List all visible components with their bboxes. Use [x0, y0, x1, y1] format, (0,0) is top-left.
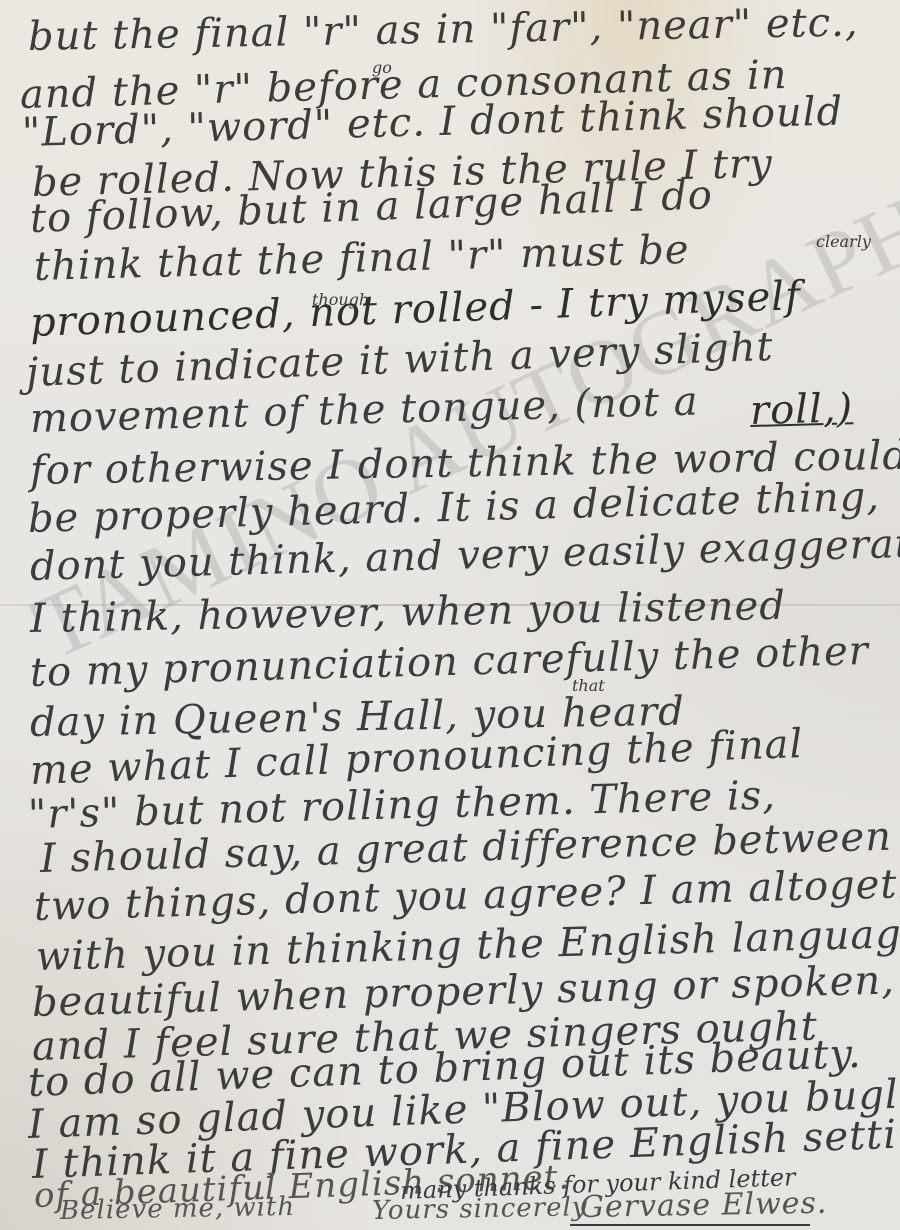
- letter-page: TAMINO AUTOGRAPHS but the final "r" as i…: [0, 0, 900, 1230]
- insertion-clearly: clearly: [816, 232, 871, 251]
- letter-line-1: but the final "r" as in "far", "near" et…: [28, 0, 859, 60]
- signature: Gervase Elwes.: [580, 1186, 828, 1225]
- signature-underline: [570, 1224, 810, 1226]
- underlined-roll: roll,): [749, 385, 853, 434]
- valediction: Yours sincerely: [372, 1192, 588, 1226]
- closing-believe-me: Believe me, with: [60, 1192, 296, 1226]
